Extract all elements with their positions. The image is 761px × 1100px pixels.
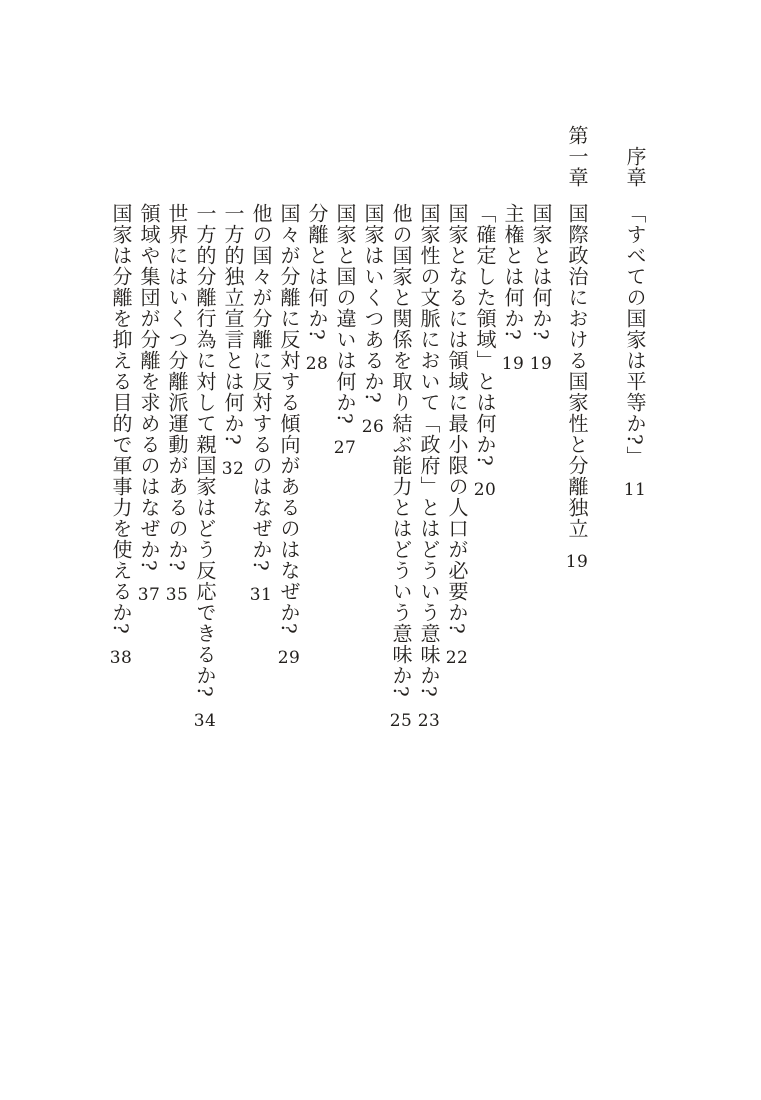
entry-text: 一方的独立宣言とは何か? bbox=[221, 203, 245, 446]
toc-entry: 他の国家と関係を取り結ぶ能力とはどういう意味か?25 bbox=[387, 125, 415, 735]
entry-page-number: 32 bbox=[222, 455, 245, 483]
entry-page-number: 19 bbox=[502, 350, 525, 378]
section-chapter-1: 第一章国際政治における国家性と分離独立19 国家とは何か?19 主権とは何か?1… bbox=[107, 125, 591, 735]
chapter-1-title: 国際政治における国家性と分離独立 bbox=[565, 203, 589, 539]
entry-text: 領域や集団が分離を求めるのはなぜか? bbox=[137, 203, 161, 572]
chapter-1-page-number: 19 bbox=[566, 548, 589, 576]
entry-text: 国家性の文脈において「政府」とはどういう意味か? bbox=[417, 203, 441, 698]
entry-text: 国家は分離を抑える目的で軍事力を使えるか? bbox=[109, 203, 133, 635]
entry-page-number: 34 bbox=[194, 707, 217, 735]
entry-text: 他の国々が分離に反対するのはなぜか? bbox=[249, 203, 273, 572]
toc-entry: 一方的分離行為に対して親国家はどう反応できるか?34 bbox=[191, 125, 219, 735]
chapter-1-line: 第一章国際政治における国家性と分離独立19 bbox=[563, 125, 591, 735]
toc-entry: 国家と国の違いは何か?27 bbox=[331, 125, 359, 735]
entry-page-number: 25 bbox=[390, 707, 413, 735]
toc-entry: 他の国々が分離に反対するのはなぜか?31 bbox=[247, 125, 275, 735]
entry-text: 国家はいくつあるか? bbox=[361, 203, 385, 404]
entry-page-number: 35 bbox=[166, 581, 189, 609]
toc-entry: 国家はいくつあるか?26 bbox=[359, 125, 387, 735]
toc-page: 序章「すべての国家は平等か?」11 第一章国際政治における国家性と分離独立19 … bbox=[0, 0, 761, 1100]
entry-page-number: 22 bbox=[446, 644, 469, 672]
entry-text: 国家とは何か? bbox=[529, 203, 553, 341]
intro-chapter-line: 序章「すべての国家は平等か?」11 bbox=[621, 125, 649, 735]
entry-page-number: 27 bbox=[334, 434, 357, 462]
toc-entry: 主権とは何か?19 bbox=[499, 125, 527, 735]
toc-entry: 一方的独立宣言とは何か?32 bbox=[219, 125, 247, 735]
entry-text: 「確定した領域」とは何か? bbox=[473, 203, 497, 467]
entry-text: 分離とは何か? bbox=[305, 203, 329, 341]
toc-entry: 国家となるには領域に最小限の人口が必要か?22 bbox=[443, 125, 471, 735]
intro-chapter-heading: 序章 bbox=[623, 146, 647, 188]
toc-entry: 分離とは何か?28 bbox=[303, 125, 331, 735]
entry-page-number: 29 bbox=[278, 644, 301, 672]
entry-text: 主権とは何か? bbox=[501, 203, 525, 341]
toc-entry: 世界にはいくつ分離派運動があるのか?35 bbox=[163, 125, 191, 735]
entry-page-number: 19 bbox=[530, 350, 553, 378]
entry-page-number: 37 bbox=[138, 581, 161, 609]
table-of-contents: 序章「すべての国家は平等か?」11 第一章国際政治における国家性と分離独立19 … bbox=[107, 125, 649, 735]
entry-text: 一方的分離行為に対して親国家はどう反応できるか? bbox=[193, 203, 217, 698]
entry-page-number: 31 bbox=[250, 581, 273, 609]
toc-entry: 国家とは何か?19 bbox=[527, 125, 555, 735]
toc-entry: 国家は分離を抑える目的で軍事力を使えるか?38 bbox=[107, 125, 135, 735]
entry-page-number: 38 bbox=[110, 644, 133, 672]
entry-text: 世界にはいくつ分離派運動があるのか? bbox=[165, 203, 189, 572]
entry-page-number: 26 bbox=[362, 413, 385, 441]
entry-text: 国々が分離に反対する傾向があるのはなぜか? bbox=[277, 203, 301, 635]
intro-chapter-title: 「すべての国家は平等か?」 bbox=[623, 203, 647, 467]
entry-page-number: 23 bbox=[418, 707, 441, 735]
entry-text: 国家となるには領域に最小限の人口が必要か? bbox=[445, 203, 469, 635]
entry-text: 国家と国の違いは何か? bbox=[333, 203, 357, 425]
chapter-1-heading: 第一章 bbox=[565, 125, 589, 188]
toc-entry: 領域や集団が分離を求めるのはなぜか?37 bbox=[135, 125, 163, 735]
toc-entry: 国々が分離に反対する傾向があるのはなぜか?29 bbox=[275, 125, 303, 735]
entry-text: 他の国家と関係を取り結ぶ能力とはどういう意味か? bbox=[389, 203, 413, 698]
intro-chapter-page-number: 11 bbox=[624, 476, 647, 504]
toc-entry: 国家性の文脈において「政府」とはどういう意味か?23 bbox=[415, 125, 443, 735]
toc-entry: 「確定した領域」とは何か?20 bbox=[471, 125, 499, 735]
entry-page-number: 20 bbox=[474, 476, 497, 504]
section-intro: 序章「すべての国家は平等か?」11 bbox=[621, 125, 649, 735]
entry-page-number: 28 bbox=[306, 350, 329, 378]
